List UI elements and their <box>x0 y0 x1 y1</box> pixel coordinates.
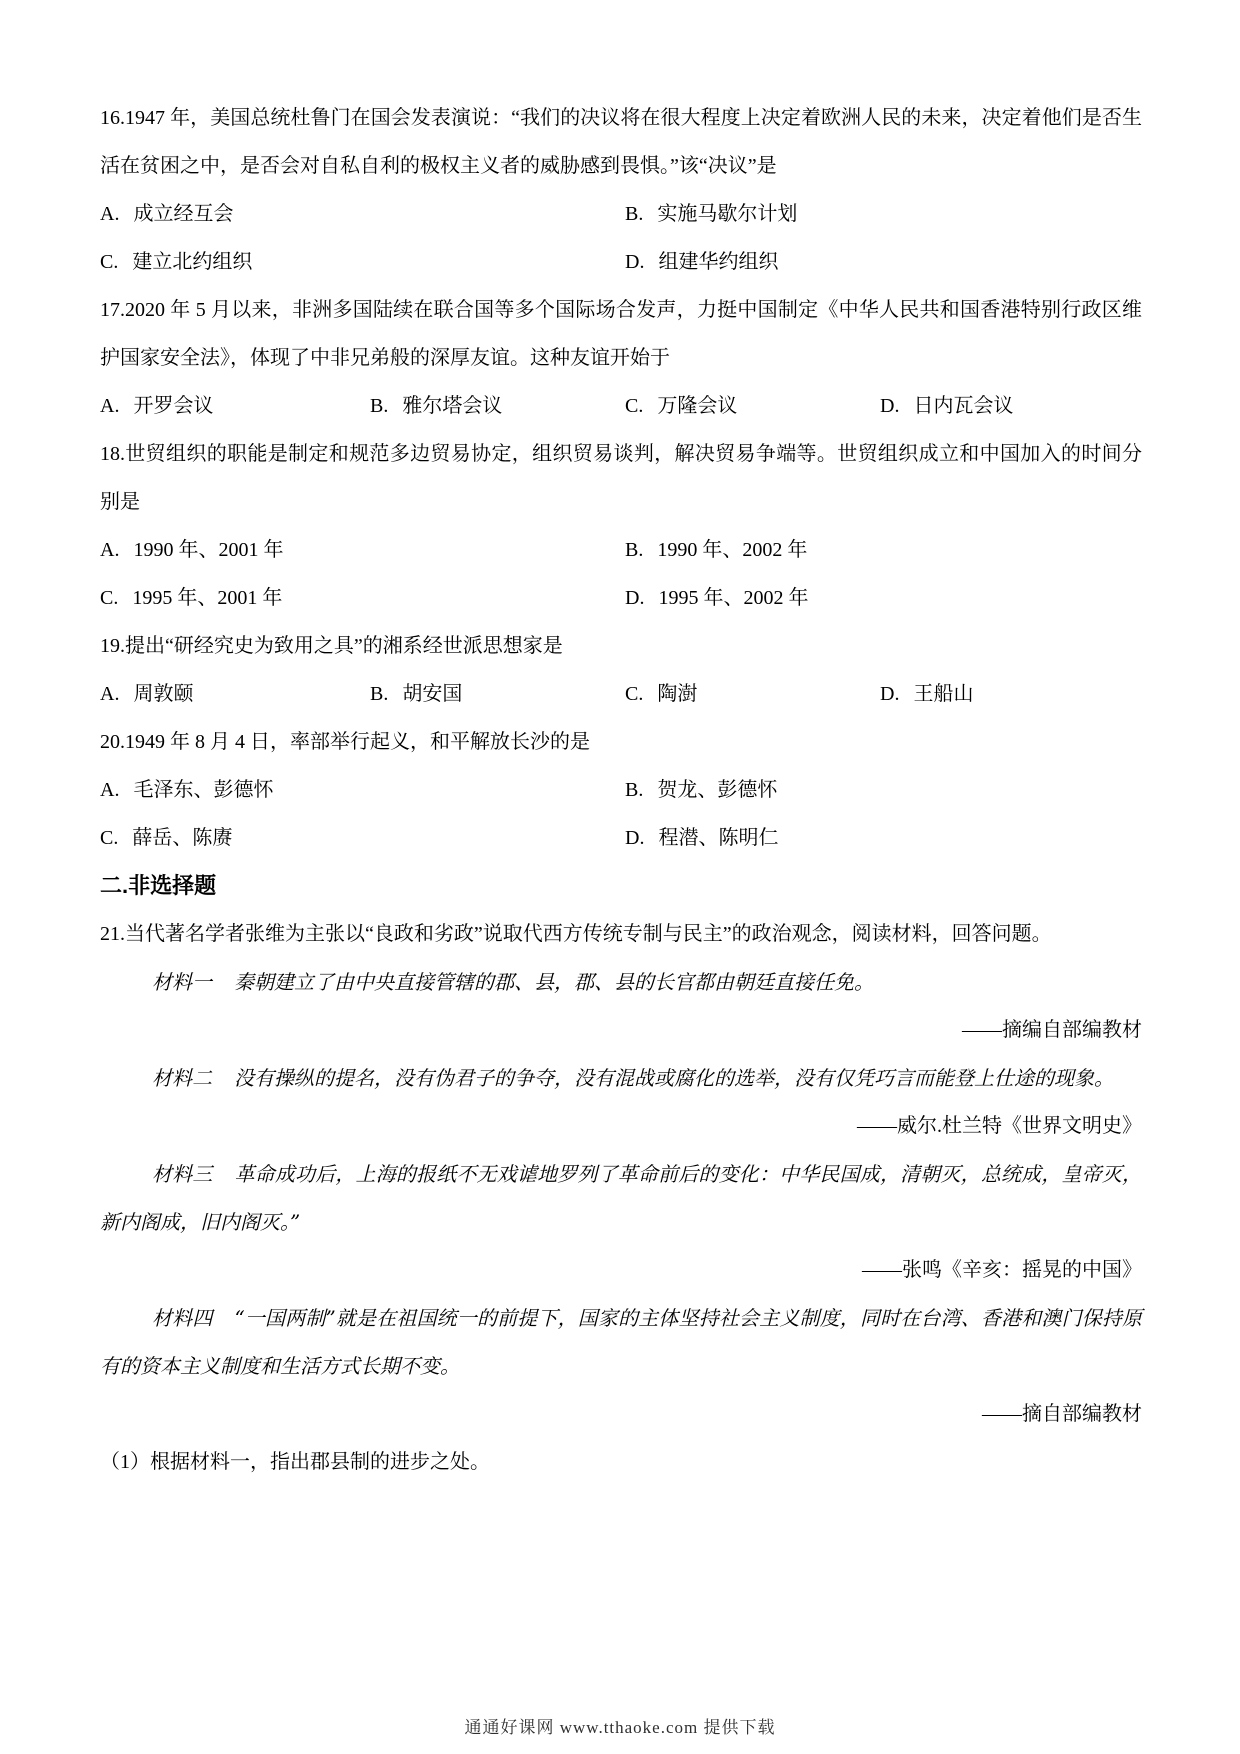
option-text: 雅尔塔会议 <box>402 395 502 417</box>
option-c: C.建立北约组织 <box>100 238 625 286</box>
option-letter: B. <box>370 683 388 705</box>
question-20: 20.1949 年 8 月 4 日，率部举行起义，和平解放长沙的是 A.毛泽东、… <box>100 718 1142 862</box>
option-c: C.陶澍 <box>625 670 880 718</box>
option-letter: C. <box>100 827 118 849</box>
material-body: 没有操纵的提名，没有伪君子的争夺，没有混战或腐化的选举，没有仅凭巧言而能登上仕途… <box>234 1066 1114 1090</box>
option-letter: C. <box>625 395 643 417</box>
question-18-stem: 18.世贸组织的职能是制定和规范多边贸易协定，组织贸易谈判，解决贸易争端等。世贸… <box>100 430 1142 526</box>
question-21: 21.当代著名学者张维为主张以“良政和劣政”说取代西方传统专制与民主”的政治观念… <box>100 910 1142 1486</box>
question-17: 17.2020 年 5 月以来，非洲多国陆续在联合国等多个国际场合发声，力挺中国… <box>100 286 1142 430</box>
option-text: 万隆会议 <box>657 395 737 417</box>
material-3: 材料三革命成功后，上海的报纸不无戏谑地罗列了革命前后的变化：中华民国成，清朝灭，… <box>100 1150 1142 1294</box>
option-letter: B. <box>370 395 388 417</box>
option-d: D.组建华约组织 <box>625 238 1142 286</box>
option-d: D.日内瓦会议 <box>880 382 1142 430</box>
option-b: B.胡安国 <box>370 670 625 718</box>
option-letter: C. <box>100 587 118 609</box>
option-letter: A. <box>100 539 119 561</box>
question-21-stem: 21.当代著名学者张维为主张以“良政和劣政”说取代西方传统专制与民主”的政治观念… <box>100 910 1142 958</box>
question-17-stem: 17.2020 年 5 月以来，非洲多国陆续在联合国等多个国际场合发声，力挺中国… <box>100 286 1142 382</box>
exam-content: 16.1947 年，美国总统杜鲁门在国会发表演说：“我们的决议将在很大程度上决定… <box>100 94 1142 1486</box>
option-text: 1995 年、2001 年 <box>132 587 282 609</box>
option-text: 周敦颐 <box>133 683 193 705</box>
option-text: 成立经互会 <box>133 203 233 225</box>
option-letter: D. <box>625 251 644 273</box>
option-letter: A. <box>100 203 119 225</box>
option-text: 日内瓦会议 <box>913 395 1013 417</box>
option-letter: A. <box>100 779 119 801</box>
question-19: 19.提出“研经究史为致用之具”的湘系经世派思想家是 A.周敦颐 B.胡安国 C… <box>100 622 1142 718</box>
option-c: C.万隆会议 <box>625 382 880 430</box>
option-d: D.王船山 <box>880 670 1142 718</box>
option-text: 王船山 <box>913 683 973 705</box>
material-2: 材料二没有操纵的提名，没有伪君子的争夺，没有混战或腐化的选举，没有仅凭巧言而能登… <box>100 1054 1142 1150</box>
material-body: 革命成功后，上海的报纸不无戏谑地罗列了革命前后的变化：中华民国成，清朝灭，总统成… <box>100 1162 1142 1234</box>
option-letter: B. <box>625 779 643 801</box>
option-c: C.薛岳、陈赓 <box>100 814 625 862</box>
question-19-stem: 19.提出“研经究史为致用之具”的湘系经世派思想家是 <box>100 622 1142 670</box>
option-text: 1990 年、2001 年 <box>133 539 283 561</box>
material-body: 秦朝建立了由中央直接管辖的郡、县，郡、县的长官都由朝廷直接任免。 <box>234 970 874 994</box>
material-1-source: ——摘编自部编教材 <box>100 1006 1142 1054</box>
option-letter: B. <box>625 203 643 225</box>
section-2-heading: 二.非选择题 <box>100 862 1142 910</box>
material-label: 材料一 <box>152 970 212 994</box>
material-2-text: 材料二没有操纵的提名，没有伪君子的争夺，没有混战或腐化的选举，没有仅凭巧言而能登… <box>100 1054 1142 1102</box>
option-text: 建立北约组织 <box>132 251 252 273</box>
option-text: 1995 年、2002 年 <box>658 587 808 609</box>
question-18-options: A.1990 年、2001 年 B.1990 年、2002 年 C.1995 年… <box>100 526 1142 622</box>
question-20-options: A.毛泽东、彭德怀 B.贺龙、彭德怀 C.薛岳、陈赓 D.程潜、陈明仁 <box>100 766 1142 862</box>
option-letter: D. <box>880 395 899 417</box>
option-a: A.开罗会议 <box>100 382 370 430</box>
option-text: 开罗会议 <box>133 395 213 417</box>
question-16: 16.1947 年，美国总统杜鲁门在国会发表演说：“我们的决议将在很大程度上决定… <box>100 94 1142 286</box>
question-18: 18.世贸组织的职能是制定和规范多边贸易协定，组织贸易谈判，解决贸易争端等。世贸… <box>100 430 1142 622</box>
option-text: 组建华约组织 <box>658 251 778 273</box>
option-letter: A. <box>100 395 119 417</box>
material-body: “一国两制”就是在祖国统一的前提下，国家的主体坚持社会主义制度，同时在台湾、香港… <box>100 1306 1142 1378</box>
material-4-source: ——摘自部编教材 <box>100 1390 1142 1438</box>
option-text: 陶澍 <box>657 683 697 705</box>
question-20-stem: 20.1949 年 8 月 4 日，率部举行起义，和平解放长沙的是 <box>100 718 1142 766</box>
option-b: B.贺龙、彭德怀 <box>625 766 1142 814</box>
sub-question-1: （1）根据材料一，指出郡县制的进步之处。 <box>100 1438 1142 1486</box>
option-text: 毛泽东、彭德怀 <box>133 779 273 801</box>
option-b: B.雅尔塔会议 <box>370 382 625 430</box>
option-a: A.毛泽东、彭德怀 <box>100 766 625 814</box>
question-16-stem: 16.1947 年，美国总统杜鲁门在国会发表演说：“我们的决议将在很大程度上决定… <box>100 94 1142 190</box>
option-d: D.程潜、陈明仁 <box>625 814 1142 862</box>
option-b: B.实施马歇尔计划 <box>625 190 1142 238</box>
option-c: C.1995 年、2001 年 <box>100 574 625 622</box>
material-3-source: ——张鸣《辛亥：摇晃的中国》 <box>100 1246 1142 1294</box>
material-4-text: 材料四“一国两制”就是在祖国统一的前提下，国家的主体坚持社会主义制度，同时在台湾… <box>100 1294 1142 1390</box>
material-1: 材料一秦朝建立了由中央直接管辖的郡、县，郡、县的长官都由朝廷直接任免。 ——摘编… <box>100 958 1142 1054</box>
option-text: 贺龙、彭德怀 <box>657 779 777 801</box>
material-1-text: 材料一秦朝建立了由中央直接管辖的郡、县，郡、县的长官都由朝廷直接任免。 <box>100 958 1142 1006</box>
option-text: 实施马歇尔计划 <box>657 203 797 225</box>
option-letter: C. <box>625 683 643 705</box>
option-a: A.成立经互会 <box>100 190 625 238</box>
option-letter: D. <box>625 827 644 849</box>
question-17-options: A.开罗会议 B.雅尔塔会议 C.万隆会议 D.日内瓦会议 <box>100 382 1142 430</box>
option-text: 胡安国 <box>402 683 462 705</box>
option-b: B.1990 年、2002 年 <box>625 526 1142 574</box>
material-label: 材料二 <box>152 1066 212 1090</box>
option-letter: A. <box>100 683 119 705</box>
option-text: 程潜、陈明仁 <box>658 827 778 849</box>
option-letter: C. <box>100 251 118 273</box>
footer-text: 通通好课网 www.tthaoke.com 提供下载 <box>464 1718 775 1737</box>
option-letter: D. <box>880 683 899 705</box>
question-16-options: A.成立经互会 B.实施马歇尔计划 C.建立北约组织 D.组建华约组织 <box>100 190 1142 286</box>
page-footer: 通通好课网 www.tthaoke.com 提供下载 <box>0 1713 1240 1738</box>
option-a: A.周敦颐 <box>100 670 370 718</box>
material-3-text: 材料三革命成功后，上海的报纸不无戏谑地罗列了革命前后的变化：中华民国成，清朝灭，… <box>100 1150 1142 1246</box>
material-4: 材料四“一国两制”就是在祖国统一的前提下，国家的主体坚持社会主义制度，同时在台湾… <box>100 1294 1142 1438</box>
option-text: 薛岳、陈赓 <box>132 827 232 849</box>
option-letter: B. <box>625 539 643 561</box>
material-label: 材料四 <box>152 1306 212 1330</box>
question-19-options: A.周敦颐 B.胡安国 C.陶澍 D.王船山 <box>100 670 1142 718</box>
option-text: 1990 年、2002 年 <box>657 539 807 561</box>
option-a: A.1990 年、2001 年 <box>100 526 625 574</box>
option-letter: D. <box>625 587 644 609</box>
option-d: D.1995 年、2002 年 <box>625 574 1142 622</box>
material-label: 材料三 <box>152 1162 213 1186</box>
material-2-source: ——威尔.杜兰特《世界文明史》 <box>100 1102 1142 1150</box>
